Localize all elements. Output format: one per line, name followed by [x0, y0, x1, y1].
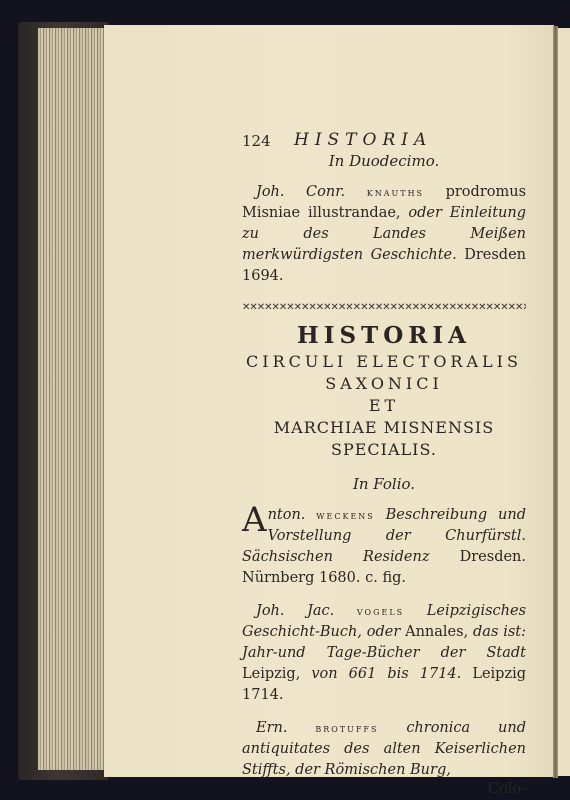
section-label-duodecimo: In Duodecimo. [242, 152, 526, 170]
page-number: 124 [242, 132, 271, 150]
page-content: 124 HISTORIA In Duodecimo. Joh. Conr. KN… [242, 130, 526, 797]
running-head: 124 HISTORIA [242, 130, 526, 152]
bibliography-entry: Joh. Jac. VOGELS Leipzigisches Geschicht… [242, 601, 526, 706]
author-name: WECKENS [316, 508, 374, 522]
running-head-title: HISTORIA [294, 130, 432, 150]
author-name: BROTUFFS [315, 721, 378, 735]
drop-cap: A [242, 507, 267, 533]
section-label-folio: In Folio. [242, 475, 526, 493]
bibliography-entry: Anton. WECKENS Beschreibung und Vorstell… [242, 505, 526, 589]
author-name: KNAUTHS [367, 185, 424, 199]
bibliography-entry: Ern. BROTUFFS chronica und antiquitates … [242, 718, 526, 781]
title-main: HISTORIA [242, 321, 526, 351]
section-title: HISTORIA CIRCULI ELECTORALIS SAXONICI ET… [242, 321, 526, 461]
bibliography-entry: Joh. Conr. KNAUTHS prodromus Misniae ill… [242, 182, 526, 287]
catchword: Colo- [242, 781, 526, 797]
ornament-divider: ✕✕✕✕✕✕✕✕✕✕✕✕✕✕✕✕✕✕✕✕✕✕✕✕✕✕✕✕✕✕✕✕✕✕✕✕✕✕✕✕ [242, 301, 526, 315]
facing-page-edge [558, 28, 570, 776]
author-name: VOGELS [357, 604, 404, 618]
page-edges [38, 28, 106, 770]
